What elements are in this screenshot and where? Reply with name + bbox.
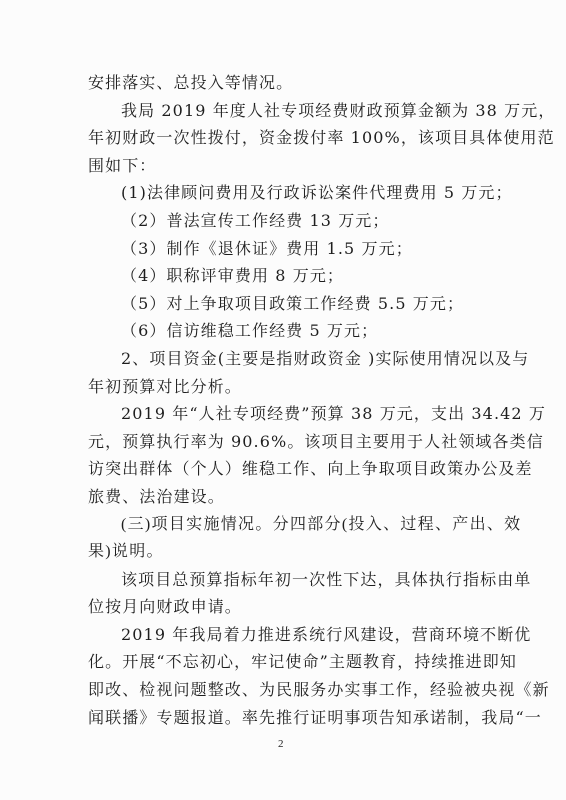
- paragraph-line-15: 访突出群体（个人）维稳工作、向上争取项目政策办公及差: [88, 455, 480, 483]
- paragraph-line-14: 元，预算执行率为 90.6%。该项目主要用于人社领域各类信: [88, 428, 480, 456]
- list-item-4: （4）职称评审费用 8 万元；: [88, 262, 480, 290]
- paragraph-line-3: 年初财政一次性拨付，资金拨付率 100%，该项目具体使用范: [88, 124, 480, 152]
- section-heading-2: 2、项目资金(主要是指财政资金 )实际使用情况以及与: [88, 345, 480, 373]
- paragraph-line-23: 即改、检视问题整改、为民服务办实事工作，经验被央视《新: [88, 676, 480, 704]
- list-item-6: （6）信访维稳工作经费 5 万元；: [88, 317, 480, 345]
- paragraph-line-21: 2019 年我局着力推进系统行风建设，营商环境不断优: [88, 621, 480, 649]
- paragraph-line-24: 闻联播》专题报道。率先推行证明事项告知承诺制，我局“一: [88, 704, 480, 732]
- paragraph-line-16: 旅费、法治建设。: [88, 483, 480, 511]
- section-heading-3-cont: 果)说明。: [88, 538, 480, 566]
- list-item-1: (1)法律顾问费用及行政诉讼案件代理费用 5 万元；: [88, 179, 480, 207]
- paragraph-line-20: 位按月向财政申请。: [88, 593, 480, 621]
- section-heading-3: (三)项目实施情况。分四部分(投入、过程、产出、效: [88, 511, 480, 539]
- paragraph-line-4: 围如下：: [88, 152, 480, 180]
- page-number: 2: [278, 738, 284, 750]
- list-item-5: （5）对上争取项目政策工作经费 5.5 万元；: [88, 290, 480, 318]
- paragraph-line-19: 该项目总预算指标年初一次性下达，具体执行指标由单: [88, 566, 480, 594]
- document-body: 安排落实、总投入等情况。 我局 2019 年度人社专项经费财政预算金额为 38 …: [88, 69, 480, 731]
- list-item-2: （2）普法宣传工作经费 13 万元；: [88, 207, 480, 235]
- paragraph-line-2: 我局 2019 年度人社专项经费财政预算金额为 38 万元，: [88, 97, 480, 125]
- paragraph-line-13: 2019 年“人社专项经费”预算 38 万元，支出 34.42 万: [88, 400, 480, 428]
- paragraph-line-22: 化。开展“不忘初心，牢记使命”主题教育，持续推进即知: [88, 648, 480, 676]
- document-page: 安排落实、总投入等情况。 我局 2019 年度人社专项经费财政预算金额为 38 …: [0, 0, 566, 800]
- list-item-3: （3）制作《退休证》费用 1.5 万元；: [88, 235, 480, 263]
- paragraph-line-1: 安排落实、总投入等情况。: [88, 69, 480, 97]
- section-heading-2-cont: 年初预算对比分析。: [88, 373, 480, 401]
